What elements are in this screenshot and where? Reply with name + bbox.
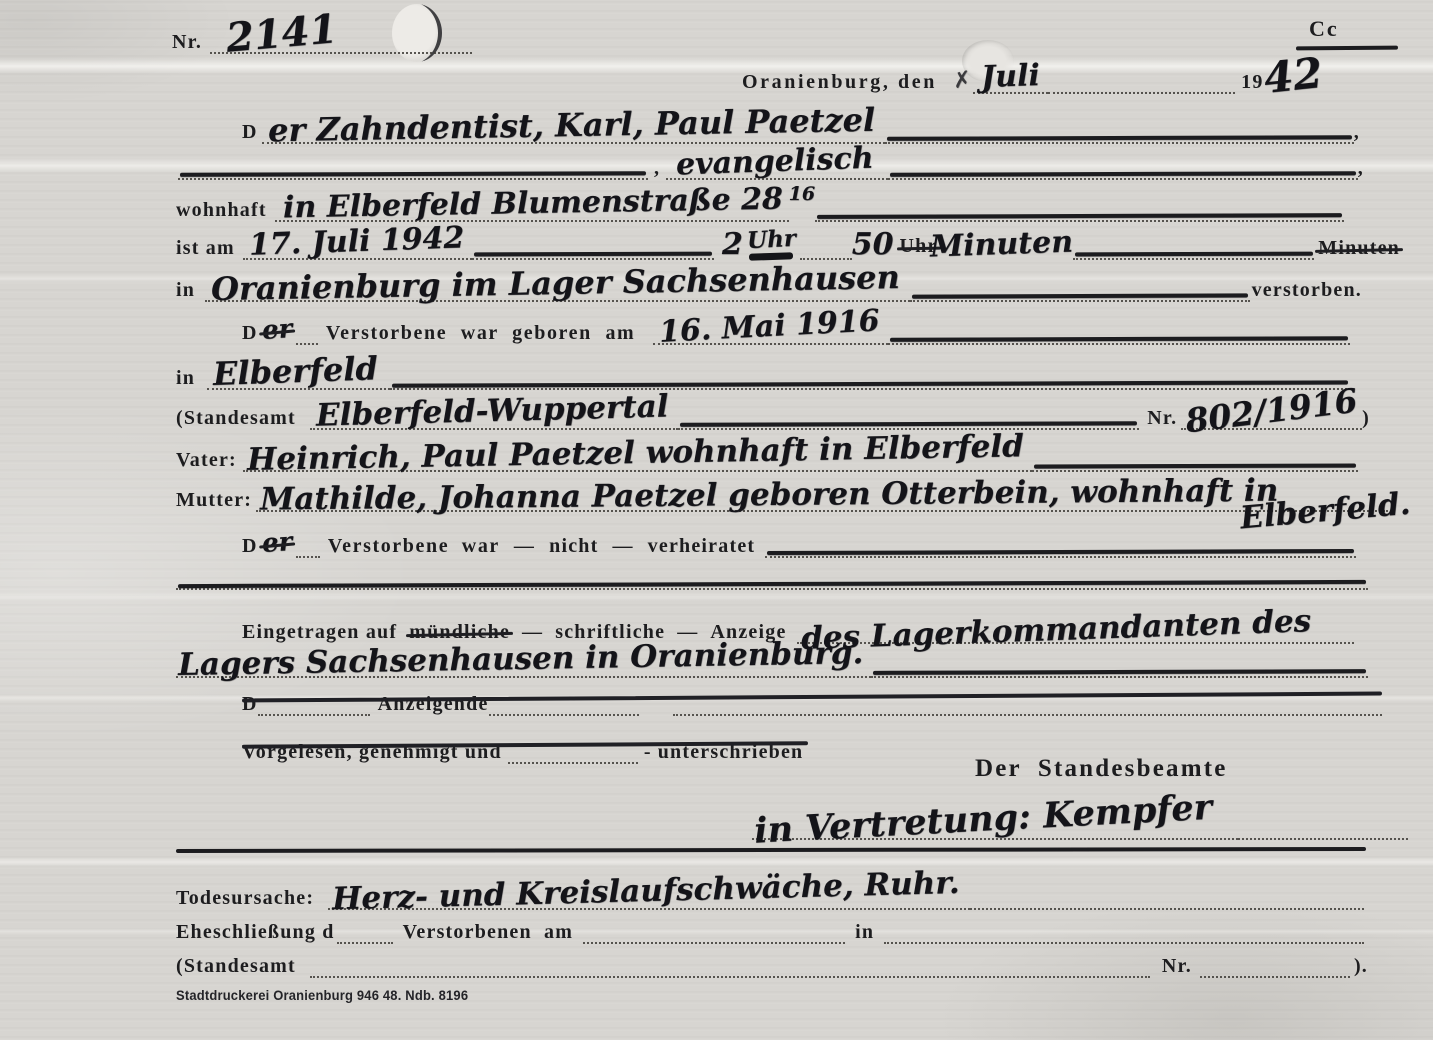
- anzeigende-rule-right: [673, 714, 1382, 716]
- gap-rule: [296, 550, 320, 558]
- date-month-wrap: Juli: [973, 62, 1048, 94]
- death-place-handwritten: Oranienburg im Lager Sachsenhausen: [205, 261, 910, 306]
- section-separator-line: [176, 847, 1366, 853]
- death-date-row: ist am 17. Juli 1942 2 Uhr 50 Uhr Minute…: [176, 214, 1400, 260]
- gap-rule: [258, 714, 370, 716]
- religion-wrap: evangelisch: [666, 147, 888, 180]
- bottom-close: ).: [1354, 955, 1368, 978]
- comma: ,: [654, 157, 660, 180]
- dash: —: [612, 535, 633, 558]
- full-width-rule: [176, 588, 1368, 590]
- date-month-handwritten: Juli: [973, 61, 1049, 94]
- registration-row-2: Lagers Sachsenhausen in Oranienburg.: [176, 632, 1368, 678]
- gap-rule: [489, 714, 639, 716]
- unterschrieben-struck: unterschrieben: [658, 741, 804, 764]
- standesbeamte-title: Der Standesbeamte: [975, 755, 1228, 783]
- in-label: in: [176, 279, 195, 302]
- verstorben-label: verstorben.: [1252, 279, 1362, 302]
- date-day-scribble: ✗: [952, 69, 973, 93]
- d-prefix: D: [242, 322, 258, 345]
- marital-text-2: verheiratet: [648, 535, 756, 558]
- gap-rule: [1200, 976, 1350, 978]
- marital-status-row: D er Verstorbene war — nicht — verheirat…: [242, 514, 1356, 558]
- certificate-number-row: Nr. 2141: [172, 10, 472, 54]
- mother-row: Mutter: Mathilde, Johanna Paetzel gebore…: [176, 466, 1388, 512]
- standesamt-wrap: Elberfeld-Wuppertal: [310, 396, 679, 430]
- religion-row: , evangelisch ,: [178, 138, 1364, 180]
- anzeigende-struck: Anzeigende: [378, 693, 489, 716]
- gap-rule: [508, 762, 638, 764]
- marital-text-1: Verstorbene war: [328, 535, 500, 558]
- born-label: Verstorbene war geboren am: [326, 322, 635, 345]
- marital-rule: [765, 556, 1356, 558]
- bottom-standesamt-label: (Standesamt: [176, 955, 296, 978]
- official-signature-handwritten: in Vertretung: Kempfer: [751, 788, 1239, 850]
- mother-wrap: Mathilde, Johanna Paetzel geboren Otterb…: [256, 510, 1388, 512]
- signature-wrap: in Vertretung: Kempfer: [752, 801, 1238, 840]
- mother-handwritten: Mathilde, Johanna Paetzel geboren Otterb…: [256, 476, 1282, 517]
- mutter-label: Mutter:: [176, 489, 252, 512]
- uhr-handwritten: Uhr: [746, 227, 796, 253]
- bottom-nr-label: Nr.: [1162, 955, 1192, 978]
- signature-rule: [1238, 838, 1408, 840]
- vorgelesen-struck: Vorgelesen, genehmigt und: [242, 741, 502, 764]
- anzeige-wrap-2: Lagers Sachsenhausen in Oranienburg.: [176, 644, 871, 678]
- residence-superscript: 16: [789, 185, 815, 204]
- printer-imprint: Stadtdruckerei Oranienburg 946 48. Ndb. …: [176, 988, 468, 1003]
- standesamt-nr-wrap: 802/1916: [1181, 394, 1362, 430]
- dash-small: -: [644, 741, 652, 764]
- vorgelesen-row-struck: Vorgelesen, genehmigt und - unterschrieb…: [242, 726, 808, 764]
- anzeigende-row-struck: D Anzeigende: [242, 678, 1382, 716]
- place-date-label: Oranienburg, den: [742, 71, 937, 94]
- nr-label: Nr.: [172, 31, 202, 54]
- standesamt-row: (Standesamt Elberfeld-Wuppertal Nr. 802/…: [176, 384, 1370, 430]
- birth-date-wrap: 16. Mai 1916: [653, 312, 888, 345]
- er-scribble: er: [261, 316, 293, 344]
- gap-rule: [310, 976, 1150, 978]
- death-place-row: in Oranienburg im Lager Sachsenhausen ve…: [176, 256, 1362, 302]
- bottom-standesamt-row: (Standesamt Nr. ).: [176, 936, 1368, 978]
- death-place-wrap: Oranienburg im Lager Sachsenhausen: [205, 267, 910, 302]
- religion-handwritten: evangelisch: [666, 143, 889, 182]
- date-rule: [1048, 92, 1235, 94]
- d-prefix: D: [242, 693, 258, 716]
- marital-nicht: nicht: [549, 535, 598, 558]
- comma: ,: [1358, 157, 1364, 180]
- nr-rule: 2141: [210, 46, 472, 54]
- dash: —: [514, 535, 535, 558]
- anzeige-handwritten-2: Lagers Sachsenhausen in Oranienburg.: [176, 638, 872, 682]
- birth-date-handwritten: 16. Mai 1916: [653, 306, 889, 349]
- corner-mark: Cc: [1309, 16, 1339, 42]
- signature-row: in Vertretung: Kempfer: [752, 788, 1408, 840]
- paren-close: ): [1362, 407, 1370, 430]
- d-prefix: D: [242, 535, 258, 558]
- blank-line-row: [176, 578, 1368, 590]
- nr-value-handwritten: 2141: [225, 9, 339, 59]
- place-date-row: Oranienburg, den ✗ Juli 19 42: [742, 50, 1322, 94]
- death-certificate-scan: Nr. 2141 Cc Oranienburg, den ✗ Juli 19 4…: [0, 0, 1433, 1040]
- year-printed: 19: [1241, 71, 1263, 94]
- birth-date-row: D er Verstorbene war geboren am 16. Mai …: [242, 301, 1350, 345]
- er-scribble: er: [261, 529, 293, 557]
- year-handwritten: 42: [1262, 52, 1325, 100]
